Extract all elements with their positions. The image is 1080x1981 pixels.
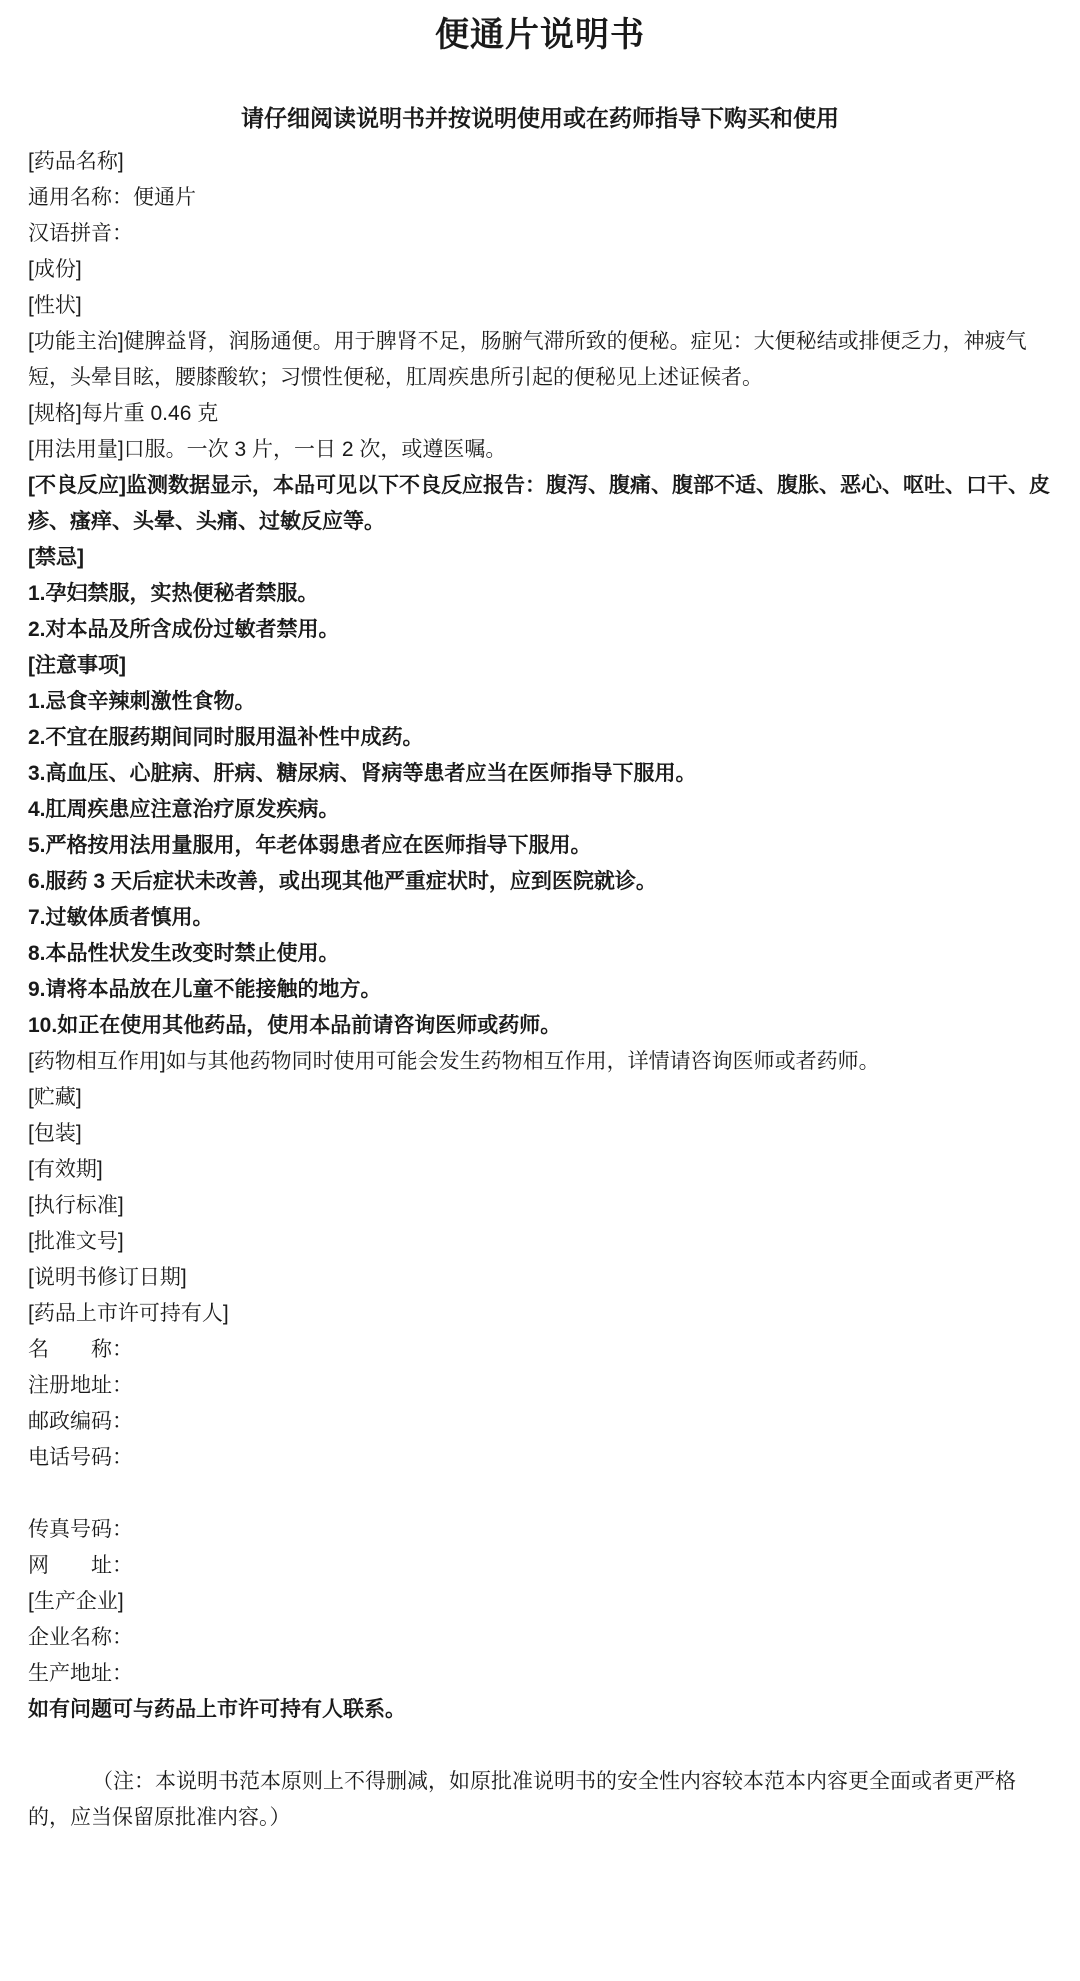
- doc-line: 汉语拼音：: [28, 216, 1052, 252]
- page-title: 便通片说明书: [28, 12, 1052, 58]
- doc-line: [成份]: [28, 252, 1052, 288]
- doc-line: 1.忌食辛辣刺激性食物。: [28, 684, 1052, 720]
- doc-line: 3.高血压、心脏病、肝病、糖尿病、肾病等患者应当在医师指导下服用。: [28, 756, 1052, 792]
- doc-line: 10.如正在使用其他药品，使用本品前请咨询医师或药师。: [28, 1008, 1052, 1044]
- doc-line: [禁忌]: [28, 540, 1052, 576]
- doc-line: [不良反应]监测数据显示，本品可见以下不良反应报告：腹泻、腹痛、腹部不适、腹胀、…: [28, 468, 1052, 540]
- doc-line: 网 址：: [28, 1548, 1052, 1584]
- doc-line: [生产企业]: [28, 1584, 1052, 1620]
- doc-line: 如有问题可与药品上市许可持有人联系。: [28, 1692, 1052, 1728]
- drug-insert-page: 便通片说明书 请仔细阅读说明书并按说明使用或在药师指导下购买和使用 [药品名称]…: [0, 0, 1080, 1981]
- doc-line: [用法用量]口服。一次 3 片，一日 2 次，或遵医嘱。: [28, 432, 1052, 468]
- doc-line: 4.肛周疾患应注意治疗原发疾病。: [28, 792, 1052, 828]
- doc-line: [药品上市许可持有人]: [28, 1296, 1052, 1332]
- doc-line: （注：本说明书范本原则上不得删减，如原批准说明书的安全性内容较本范本内容更全面或…: [28, 1764, 1052, 1836]
- doc-line: [贮藏]: [28, 1080, 1052, 1116]
- doc-line: 7.过敏体质者慎用。: [28, 900, 1052, 936]
- doc-line: [功能主治]健脾益肾，润肠通便。用于脾肾不足，肠腑气滞所致的便秘。症见：大便秘结…: [28, 324, 1052, 396]
- doc-line: [药品名称]: [28, 144, 1052, 180]
- doc-line: 传真号码：: [28, 1512, 1052, 1548]
- doc-line: 8.本品性状发生改变时禁止使用。: [28, 936, 1052, 972]
- doc-line: [包装]: [28, 1116, 1052, 1152]
- doc-line: 2.对本品及所含成份过敏者禁用。: [28, 612, 1052, 648]
- doc-line: [说明书修订日期]: [28, 1260, 1052, 1296]
- usage-warning-subtitle: 请仔细阅读说明书并按说明使用或在药师指导下购买和使用: [28, 100, 1052, 136]
- doc-line: 1.孕妇禁服，实热便秘者禁服。: [28, 576, 1052, 612]
- doc-line: 电话号码：: [28, 1440, 1052, 1476]
- document-body: [药品名称]通用名称：便通片汉语拼音：[成份][性状][功能主治]健脾益肾，润肠…: [28, 144, 1052, 1836]
- doc-line: 2.不宜在服药期间同时服用温补性中成药。: [28, 720, 1052, 756]
- doc-line: [药物相互作用]如与其他药物同时使用可能会发生药物相互作用，详情请咨询医师或者药…: [28, 1044, 1052, 1080]
- doc-blank-line: [28, 1476, 1052, 1512]
- doc-line: [执行标准]: [28, 1188, 1052, 1224]
- doc-line: [批准文号]: [28, 1224, 1052, 1260]
- doc-line: 5.严格按用法用量服用，年老体弱患者应在医师指导下服用。: [28, 828, 1052, 864]
- doc-line: 6.服药 3 天后症状未改善，或出现其他严重症状时，应到医院就诊。: [28, 864, 1052, 900]
- doc-line: [性状]: [28, 288, 1052, 324]
- doc-line: 注册地址：: [28, 1368, 1052, 1404]
- doc-line: [注意事项]: [28, 648, 1052, 684]
- doc-line: [规格]每片重 0.46 克: [28, 396, 1052, 432]
- doc-line: 邮政编码：: [28, 1404, 1052, 1440]
- doc-line: [有效期]: [28, 1152, 1052, 1188]
- doc-line: 名 称：: [28, 1332, 1052, 1368]
- doc-line: 生产地址：: [28, 1656, 1052, 1692]
- doc-line: 企业名称：: [28, 1620, 1052, 1656]
- doc-line: 通用名称：便通片: [28, 180, 1052, 216]
- doc-line: 9.请将本品放在儿童不能接触的地方。: [28, 972, 1052, 1008]
- doc-blank-line: [28, 1728, 1052, 1764]
